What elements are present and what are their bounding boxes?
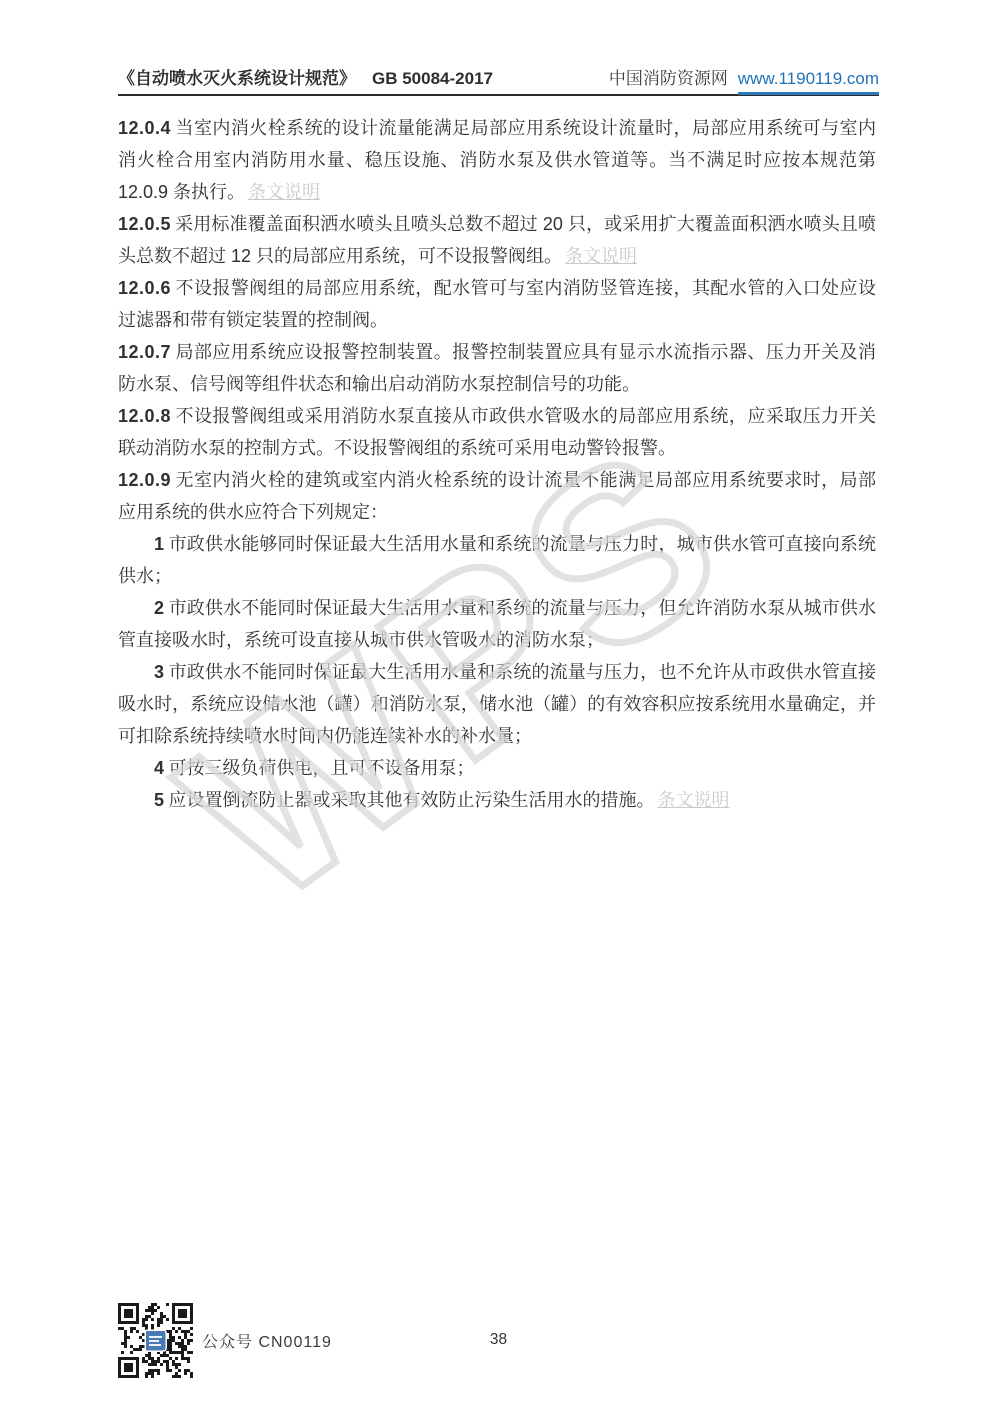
header-right: 中国消防资源网www.1190119.com (609, 64, 879, 89)
clause-number: 12.0.5 (118, 214, 171, 234)
clause-paragraph: 12.0.8不设报警阀组或采用消防水泵直接从市政供水管吸水的局部应用系统，应采取… (118, 400, 876, 464)
clause-number: 3 (154, 662, 165, 682)
document-page: 《自动喷水灭火系统设计规范》GB 50084-2017 中国消防资源网www.1… (0, 0, 992, 1403)
header-left: 《自动喷水灭火系统设计规范》GB 50084-2017 (118, 64, 493, 89)
clause-number: 2 (154, 598, 165, 618)
list-item: 3市政供水不能同时保证最大生活用水量和系统的流量与压力，也不允许从市政供水管直接… (118, 656, 876, 752)
clause-paragraph: 12.0.4当室内消火栓系统的设计流量能满足局部应用系统设计流量时，局部应用系统… (118, 112, 876, 208)
document-body: 12.0.4当室内消火栓系统的设计流量能满足局部应用系统设计流量时，局部应用系统… (118, 112, 876, 816)
page-number: 38 (490, 1300, 507, 1380)
clause-number: 12.0.8 (118, 406, 171, 426)
clause-paragraph: 12.0.9无室内消火栓的建筑或室内消火栓系统的设计流量不能满足局部应用系统要求… (118, 464, 876, 528)
qr-code (118, 1303, 193, 1378)
list-item: 4可按三级负荷供电，且可不设备用泵； (118, 752, 876, 784)
clause-number: 1 (154, 534, 165, 554)
page-header: 《自动喷水灭火系统设计规范》GB 50084-2017 中国消防资源网www.1… (118, 64, 879, 96)
clause-number: 12.0.9 (118, 470, 171, 490)
clause-paragraph: 12.0.6不设报警阀组的局部应用系统，配水管可与室内消防竖管连接，其配水管的入… (118, 272, 876, 336)
list-item: 1市政供水能够同时保证最大生活用水量和系统的流量与压力时，城市供水管可直接向系统… (118, 528, 876, 592)
list-item: 5应设置倒流防止器或采取其他有效防止污染生活用水的措施。条文说明 (118, 784, 876, 816)
page-number-text: 38 (490, 1331, 507, 1349)
account-label-text: 公众号 CN00119 (202, 1329, 332, 1352)
clause-number: 12.0.6 (118, 278, 171, 298)
list-item: 2市政供水不能同时保证最大生活用水量和系统的流量与压力，但允许消防水泵从城市供水… (118, 592, 876, 656)
clause-number: 12.0.4 (118, 118, 171, 138)
site-name: 中国消防资源网 (609, 69, 728, 88)
page-footer: 公众号 CN00119 38 (118, 1300, 879, 1380)
tiaowen-shuoming-link[interactable]: 条文说明 (658, 790, 730, 810)
clause-number: 5 (154, 790, 165, 810)
tiaowen-shuoming-link[interactable]: 条文说明 (248, 182, 320, 202)
site-url-link[interactable]: www.1190119.com (738, 69, 879, 95)
document-title: 《自动喷水灭火系统设计规范》 (118, 69, 356, 88)
clause-paragraph: 12.0.5采用标准覆盖面积洒水喷头且喷头总数不超过 20 只，或采用扩大覆盖面… (118, 208, 876, 272)
document-code: GB 50084-2017 (372, 69, 493, 88)
clause-paragraph: 12.0.7局部应用系统应设报警控制装置。报警控制装置应具有显示水流指示器、压力… (118, 336, 876, 400)
wechat-account-label: 公众号 CN00119 (202, 1300, 332, 1380)
clause-number: 4 (154, 758, 165, 778)
clause-number: 12.0.7 (118, 342, 171, 362)
tiaowen-shuoming-link[interactable]: 条文说明 (565, 246, 637, 266)
